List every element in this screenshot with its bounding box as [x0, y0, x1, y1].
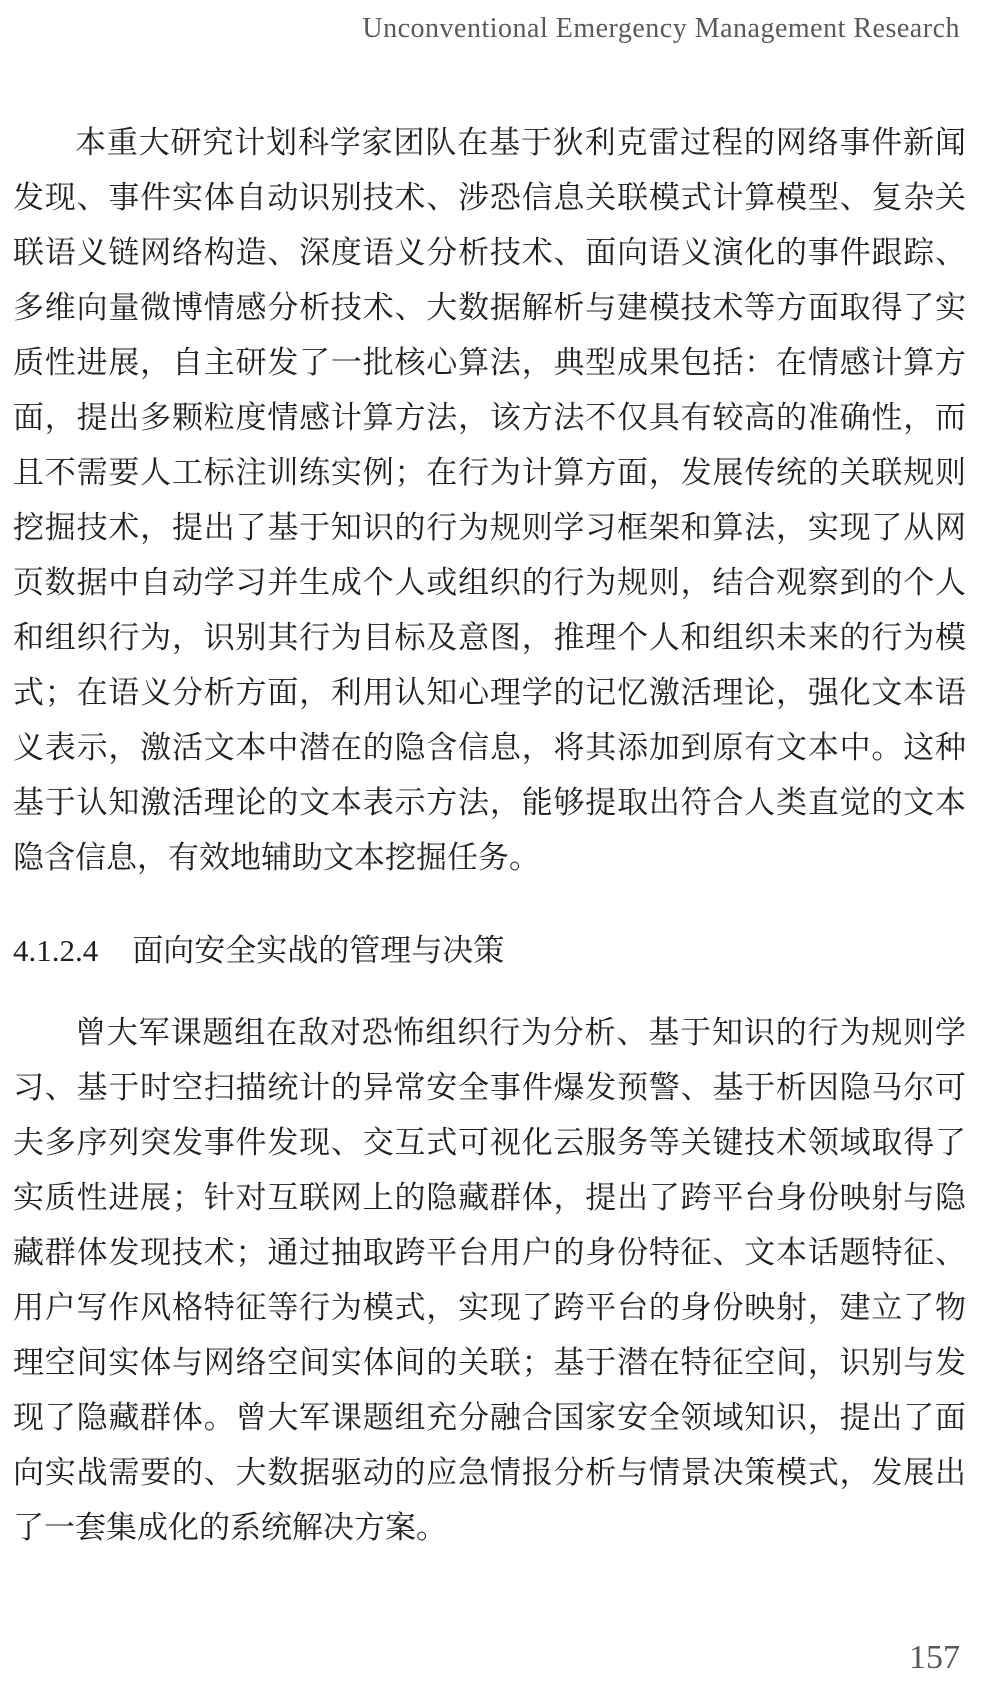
document-page: Unconventional Emergency Management Rese… [0, 0, 981, 1693]
page-body: 本重大研究计划科学家团队在基于狄利克雷过程的网络事件新闻发现、事件实体自动识别技… [13, 115, 966, 1555]
paragraph-research-progress: 本重大研究计划科学家团队在基于狄利克雷过程的网络事件新闻发现、事件实体自动识别技… [13, 115, 966, 885]
section-heading: 4.1.2.4面向安全实战的管理与决策 [13, 923, 966, 978]
page-number: 157 [909, 1640, 960, 1676]
paragraph-zengdajun-group: 曾大军课题组在敌对恐怖组织行为分析、基于知识的行为规则学习、基于时空扫描统计的异… [13, 1005, 966, 1555]
running-header: Unconventional Emergency Management Rese… [362, 12, 960, 46]
section-title: 面向安全实战的管理与决策 [132, 923, 504, 978]
section-number: 4.1.2.4 [13, 923, 98, 978]
